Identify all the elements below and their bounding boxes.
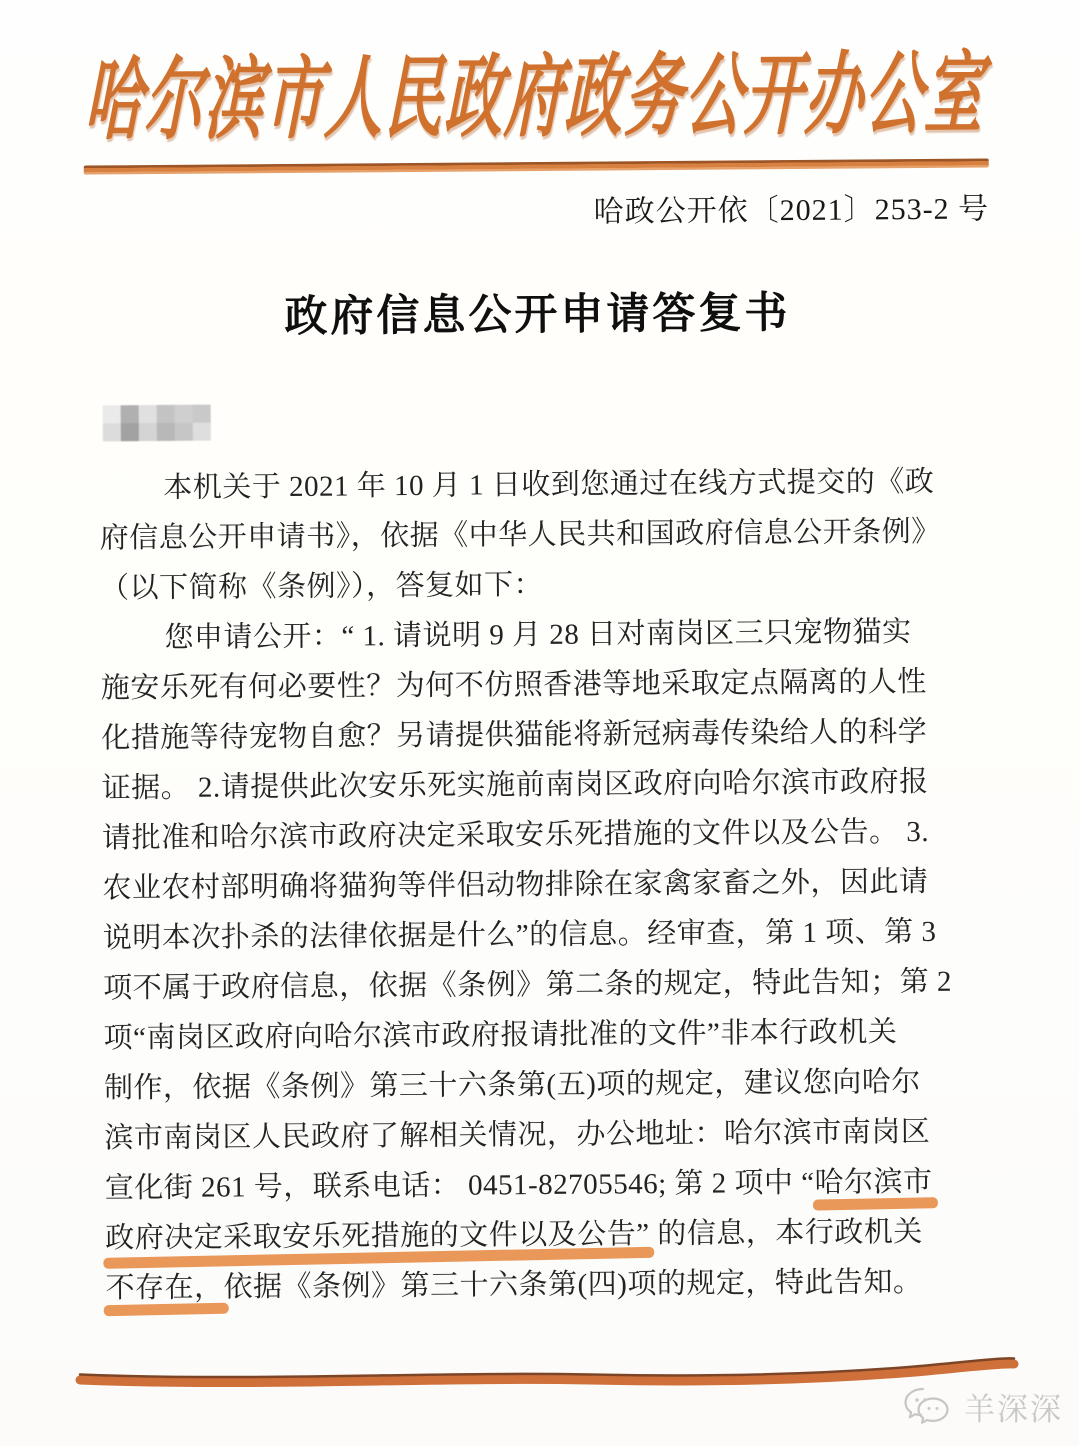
document-number: 哈政公开依〔2021〕253-2 号 [84,183,989,234]
text-segment: 制作，依据《条例》第三十六条第(五)项的规定，建议您向哈尔 [104,1066,921,1104]
body-line: 证据。 2.请提供此次安乐死实施前南岗区政府向哈尔滨市政府报 [101,756,1001,813]
letterhead-rule [84,158,989,174]
watermark: 羊深深 [902,1384,1063,1429]
redaction-cell [157,423,175,441]
text-segment: 您申请公开：“ 1. 请说明 9 月 28 日对南岗区三只宠物猫实 [164,616,911,654]
text-segment: 证据。 2.请提供此次安乐死实施前南岗区政府向哈尔滨市政府报 [102,766,929,804]
redaction-cell [121,405,139,423]
underlined-text-segment: 哈尔滨市 [814,1166,932,1199]
document-title: 政府信息公开申请答复书 [0,277,1077,346]
body-line: 宣化街 261 号，联系电话： 0451-82705546; 第 2 项中 “哈… [105,1156,1005,1213]
text-segment: 说明本次扑杀的法律依据是什么”的信息。经审查，第 1 项、第 3 [103,916,937,955]
body-line: 本机关于 2021 年 10 月 1 日收到您通过在线方式提交的《政 [99,456,999,513]
body-line: 农业农村部明确将猫狗等伴侣动物排除在家禽家畜之外，因此请 [102,856,1002,913]
body-line: 府信息公开申请书》，依据《中华人民共和国政府信息公开条例》 [99,506,999,563]
redaction-cell [193,405,211,423]
text-segment: 项不属于政府信息，依据《条例》第二条的规定，特此告知；第 2 [103,966,952,1005]
body-line: 您申请公开：“ 1. 请说明 9 月 28 日对南岗区三只宠物猫实 [100,606,1000,663]
document-body: 本机关于 2021 年 10 月 1 日收到您通过在线方式提交的《政府信息公开申… [99,456,1006,1313]
redaction-cell [193,423,211,441]
body-line: 说明本次扑杀的法律依据是什么”的信息。经审查，第 1 项、第 3 [103,906,1003,963]
redaction-cell [103,405,121,423]
document-sheet: 哈尔滨市人民政府政务公开办公室 哈政公开依〔2021〕253-2 号 政府信息公… [0,0,1079,1446]
redaction-cell [175,405,193,423]
text-segment: 宣化街 261 号，联系电话： 0451-82705546; 第 2 项中 “ [105,1167,815,1205]
redaction-cell [175,423,193,441]
text-segment: 项“南岗区政府向哈尔滨市政府报请批准的文件”非本行政机关 [103,1016,897,1054]
letterhead-wrap: 哈尔滨市人民政府政务公开办公室 [0,26,1076,152]
text-segment: 府信息公开申请书》，依据《中华人民共和国政府信息公开条例》 [100,516,941,555]
wechat-icon [902,1386,956,1428]
redaction-cell [103,423,121,441]
underlined-text-segment: 不存在， [105,1272,223,1305]
redaction-cell [121,423,139,441]
body-line: 项不属于政府信息，依据《条例》第二条的规定，特此告知；第 2 [103,956,1003,1013]
underlined-text-segment: 政府决定采取安乐死措施的文件以及公告” [105,1218,650,1254]
body-line: 施安乐死有何必要性？为何不仿照香港等地采取定点隔离的人性 [101,656,1001,713]
body-line: 项“南岗区政府向哈尔滨市政府报请批准的文件”非本行政机关 [103,1006,1003,1063]
text-segment: （以下简称《条例》），答复如下： [100,569,543,604]
body-line: 请批准和哈尔滨市政府决定采取安乐死措施的文件以及公告。 3. [102,806,1002,863]
text-segment: 依据《条例》第三十六条第(四)项的规定，特此告知。 [223,1266,922,1303]
body-line: 不存在，依据《条例》第三十六条第(四)项的规定，特此告知。 [105,1256,1005,1313]
redaction-cell [139,405,157,423]
body-line: 政府决定采取安乐死措施的文件以及公告” 的信息，本行政机关 [105,1206,1005,1263]
body-line: 化措施等待宠物自愈？另请提供猫能将新冠病毒传染给人的科学 [101,706,1001,763]
watermark-text: 羊深深 [964,1384,1063,1429]
text-segment: 化措施等待宠物自愈？另请提供猫能将新冠病毒传染给人的科学 [101,716,927,754]
redacted-recipient [103,398,1078,442]
text-segment: 请批准和哈尔滨市政府决定采取安乐死措施的文件以及公告。 3. [102,816,929,854]
text-segment: 农业农村部明确将猫狗等伴侣动物排除在家禽家畜之外，因此请 [102,866,928,904]
text-segment: 滨市南岗区人民政府了解相关情况，办公地址：哈尔滨市南岗区 [104,1116,930,1154]
text-segment: 本机关于 2021 年 10 月 1 日收到您通过在线方式提交的《政 [163,466,934,504]
text-segment: 的信息，本行政机关 [649,1216,923,1250]
body-line: （以下简称《条例》），答复如下： [100,556,1000,613]
text-segment: 施安乐死有何必要性？为何不仿照香港等地采取定点隔离的人性 [101,666,927,704]
document-page: 哈尔滨市人民政府政务公开办公室 哈政公开依〔2021〕253-2 号 政府信息公… [0,0,1079,1446]
redaction-cell [157,405,175,423]
body-line: 滨市南岗区人民政府了解相关情况，办公地址：哈尔滨市南岗区 [104,1106,1004,1163]
redaction-cell [139,423,157,441]
letterhead: 哈尔滨市人民政府政务公开办公室 [83,20,988,157]
body-line: 制作，依据《条例》第三十六条第(五)项的规定，建议您向哈尔 [104,1056,1004,1113]
